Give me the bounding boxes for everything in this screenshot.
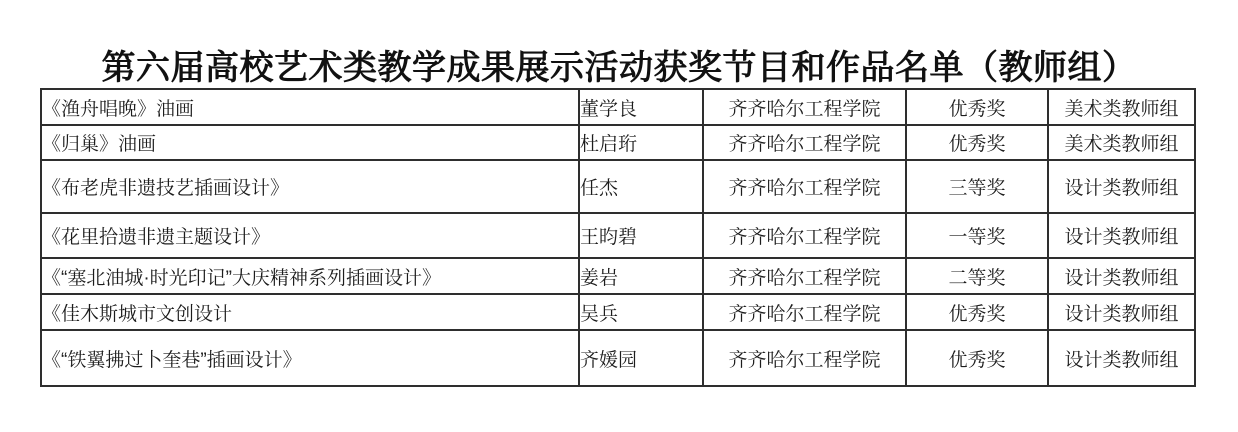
cell-award: 优秀奖 bbox=[906, 330, 1048, 386]
cell-author: 齐媛园 bbox=[579, 330, 703, 386]
cell-author: 王昀碧 bbox=[579, 213, 703, 258]
cell-work: 《归巢》油画 bbox=[41, 125, 579, 160]
awards-table: 《渔舟唱晚》油画董学良齐齐哈尔工程学院优秀奖美术类教师组《归巢》油画杜启珩齐齐哈… bbox=[40, 88, 1196, 387]
cell-work: 《“铁翼拂过卜奎巷”插画设计》 bbox=[41, 330, 579, 386]
cell-group: 设计类教师组 bbox=[1048, 213, 1195, 258]
cell-group: 设计类教师组 bbox=[1048, 258, 1195, 294]
cell-institution: 齐齐哈尔工程学院 bbox=[703, 258, 906, 294]
cell-author: 杜启珩 bbox=[579, 125, 703, 160]
cell-award: 一等奖 bbox=[906, 213, 1048, 258]
cell-work: 《佳木斯城市文创设计 bbox=[41, 294, 579, 330]
cell-group: 美术类教师组 bbox=[1048, 125, 1195, 160]
cell-work: 《布老虎非遗技艺插画设计》 bbox=[41, 160, 579, 213]
document-title: 第六届高校艺术类教学成果展示活动获奖节目和作品名单（教师组） bbox=[0, 40, 1238, 89]
cell-author: 董学良 bbox=[579, 89, 703, 125]
cell-institution: 齐齐哈尔工程学院 bbox=[703, 330, 906, 386]
cell-group: 美术类教师组 bbox=[1048, 89, 1195, 125]
table-row: 《“塞北油城·时光印记”大庆精神系列插画设计》姜岩齐齐哈尔工程学院二等奖设计类教… bbox=[41, 258, 1195, 294]
table-row: 《布老虎非遗技艺插画设计》任杰齐齐哈尔工程学院三等奖设计类教师组 bbox=[41, 160, 1195, 213]
cell-institution: 齐齐哈尔工程学院 bbox=[703, 89, 906, 125]
cell-work: 《渔舟唱晚》油画 bbox=[41, 89, 579, 125]
cell-institution: 齐齐哈尔工程学院 bbox=[703, 213, 906, 258]
cell-author: 姜岩 bbox=[579, 258, 703, 294]
cell-institution: 齐齐哈尔工程学院 bbox=[703, 160, 906, 213]
cell-award: 二等奖 bbox=[906, 258, 1048, 294]
cell-award: 三等奖 bbox=[906, 160, 1048, 213]
table-row: 《渔舟唱晚》油画董学良齐齐哈尔工程学院优秀奖美术类教师组 bbox=[41, 89, 1195, 125]
cell-author: 吴兵 bbox=[579, 294, 703, 330]
table-row: 《“铁翼拂过卜奎巷”插画设计》齐媛园齐齐哈尔工程学院优秀奖设计类教师组 bbox=[41, 330, 1195, 386]
cell-award: 优秀奖 bbox=[906, 125, 1048, 160]
table-row: 《花里拾遗非遗主题设计》王昀碧齐齐哈尔工程学院一等奖设计类教师组 bbox=[41, 213, 1195, 258]
cell-group: 设计类教师组 bbox=[1048, 160, 1195, 213]
awards-table-body: 《渔舟唱晚》油画董学良齐齐哈尔工程学院优秀奖美术类教师组《归巢》油画杜启珩齐齐哈… bbox=[41, 89, 1195, 386]
table-row: 《佳木斯城市文创设计吴兵齐齐哈尔工程学院优秀奖设计类教师组 bbox=[41, 294, 1195, 330]
cell-group: 设计类教师组 bbox=[1048, 330, 1195, 386]
cell-author: 任杰 bbox=[579, 160, 703, 213]
cell-award: 优秀奖 bbox=[906, 294, 1048, 330]
cell-institution: 齐齐哈尔工程学院 bbox=[703, 294, 906, 330]
cell-award: 优秀奖 bbox=[906, 89, 1048, 125]
document-page: 第六届高校艺术类教学成果展示活动获奖节目和作品名单（教师组） 《渔舟唱晚》油画董… bbox=[0, 0, 1238, 432]
cell-work: 《“塞北油城·时光印记”大庆精神系列插画设计》 bbox=[41, 258, 579, 294]
cell-group: 设计类教师组 bbox=[1048, 294, 1195, 330]
cell-institution: 齐齐哈尔工程学院 bbox=[703, 125, 906, 160]
table-row: 《归巢》油画杜启珩齐齐哈尔工程学院优秀奖美术类教师组 bbox=[41, 125, 1195, 160]
cell-work: 《花里拾遗非遗主题设计》 bbox=[41, 213, 579, 258]
